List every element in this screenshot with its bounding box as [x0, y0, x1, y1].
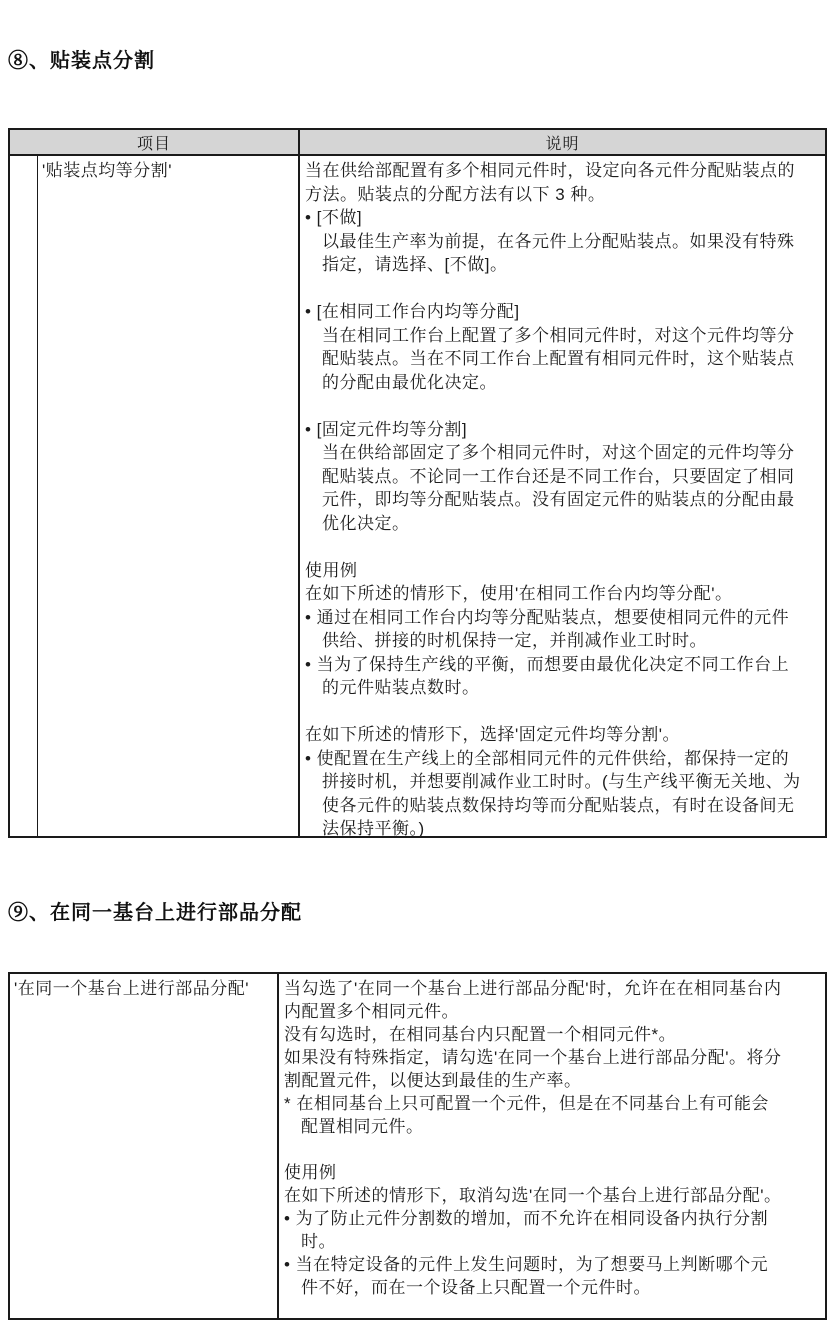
text-line	[305, 277, 821, 301]
item-label: '在同一个基台上进行部品分配'	[10, 974, 277, 1000]
text-line: 使用例	[284, 1161, 821, 1184]
text-line: 的元件贴装点数时。	[305, 676, 821, 700]
text-line: 拼接时机，并想要削减作业工时时。(与生产线平衡无关地、为	[305, 770, 821, 794]
text-line: 法保持平衡。)	[305, 817, 821, 836]
text-line: * 在相同基台上只可配置一个元件，但是在不同基台上有可能会	[284, 1092, 821, 1115]
column-header-description: 说明	[300, 130, 825, 154]
text-line: • 为了防止元件分割数的增加，而不允许在相同设备内执行分割	[284, 1207, 821, 1230]
item-cell: '贴装点均等分割'	[38, 156, 300, 836]
text-line: • 通过在相同工作台内均等分配贴装点，想要使相同元件的元件	[305, 606, 821, 630]
text-line: 没有勾选时，在相同基台内只配置一个相同元件*。	[284, 1023, 821, 1046]
text-line: 在如下所述的情形下，使用'在相同工作台内均等分配'。	[305, 582, 821, 606]
text-line: 指定，请选择、[不做]。	[305, 253, 821, 277]
text-line	[305, 535, 821, 559]
text-line: 当在供给部固定了多个相同元件时，对这个固定的元件均等分	[305, 441, 821, 465]
text-line: • [在相同工作台内均等分配]	[305, 300, 821, 324]
text-line: • 当为了保持生产线的平衡，而想要由最优化决定不同工作台上	[305, 653, 821, 677]
table-row: '贴装点均等分割' 当在供给部配置有多个相同元件时，设定向各元件分配贴装点的方法…	[10, 156, 825, 836]
text-line	[305, 394, 821, 418]
text-line: 使用例	[305, 559, 821, 583]
description-cell: 当勾选了'在同一个基台上进行部品分配'时，允许在在相同基台内内配置多个相同元件。…	[279, 974, 825, 1318]
text-line	[305, 700, 821, 724]
text-line: • [固定元件均等分割]	[305, 418, 821, 442]
text-line: • [不做]	[305, 206, 821, 230]
text-line: 割配置元件，以便达到最佳的生产率。	[284, 1069, 821, 1092]
text-line: 件不好，而在一个设备上只配置一个元件时。	[284, 1276, 821, 1299]
text-line: 在如下所述的情形下，选择'固定元件均等分割'。	[305, 723, 821, 747]
text-line: • 使配置在生产线上的全部相同元件的元件供给，都保持一定的	[305, 747, 821, 771]
text-line: 时。	[284, 1230, 821, 1253]
item-cell: '在同一个基台上进行部品分配'	[10, 974, 279, 1318]
text-line: 优化决定。	[305, 512, 821, 536]
section-9-table: '在同一个基台上进行部品分配' 当勾选了'在同一个基台上进行部品分配'时，允许在…	[8, 972, 827, 1320]
column-header-item: 项目	[10, 130, 300, 154]
text-line: 当在相同工作台上配置了多个相同元件时，对这个元件均等分	[305, 324, 821, 348]
description-cell: 当在供给部配置有多个相同元件时，设定向各元件分配贴装点的方法。贴装点的分配方法有…	[300, 156, 825, 836]
text-line: 供给、拼接的时机保持一定，并削减作业工时时。	[305, 629, 821, 653]
text-line: 如果没有特殊指定，请勾选'在同一个基台上进行部品分配'。将分	[284, 1046, 821, 1069]
text-line: 配贴装点。当在不同工作台上配置有相同元件时，这个贴装点	[305, 347, 821, 371]
section-9-heading: ⑨、在同一基台上进行部品分配	[8, 896, 302, 925]
table-header-row: 项目 说明	[10, 130, 825, 156]
text-line: 以最佳生产率为前提，在各元件上分配贴装点。如果没有特殊	[305, 230, 821, 254]
text-line: 在如下所述的情形下，取消勾选'在同一个基台上进行部品分配'。	[284, 1184, 821, 1207]
table-row: '在同一个基台上进行部品分配' 当勾选了'在同一个基台上进行部品分配'时，允许在…	[10, 974, 825, 1318]
row-number-cell	[10, 156, 38, 836]
text-line: 内配置多个相同元件。	[284, 1000, 821, 1023]
text-line	[284, 1138, 821, 1161]
item-label: '贴装点均等分割'	[38, 156, 298, 183]
text-line: 配置相同元件。	[284, 1115, 821, 1138]
text-line: 元件，即均等分配贴装点。没有固定元件的贴装点的分配由最	[305, 488, 821, 512]
text-line: • 当在特定设备的元件上发生问题时，为了想要马上判断哪个元	[284, 1253, 821, 1276]
text-line: 方法。贴装点的分配方法有以下 3 种。	[305, 183, 821, 207]
text-line: 使各元件的贴装点数保持均等而分配贴装点，有时在设备间无	[305, 794, 821, 818]
text-line: 当勾选了'在同一个基台上进行部品分配'时，允许在在相同基台内	[284, 977, 821, 1000]
description-text: 当在供给部配置有多个相同元件时，设定向各元件分配贴装点的方法。贴装点的分配方法有…	[300, 156, 825, 836]
text-line: 的分配由最优化决定。	[305, 371, 821, 395]
text-line: 当在供给部配置有多个相同元件时，设定向各元件分配贴装点的	[305, 159, 821, 183]
document-page: ⑧、贴装点分割 项目 说明 '贴装点均等分割' 当在供给部配置有多个相同元件时，…	[0, 0, 833, 1329]
section-8-table: 项目 说明 '贴装点均等分割' 当在供给部配置有多个相同元件时，设定向各元件分配…	[8, 128, 827, 838]
section-8-heading: ⑧、贴装点分割	[8, 44, 155, 73]
text-line: 配贴装点。不论同一工作台还是不同工作台，只要固定了相同	[305, 465, 821, 489]
description-text: 当勾选了'在同一个基台上进行部品分配'时，允许在在相同基台内内配置多个相同元件。…	[279, 974, 825, 1299]
